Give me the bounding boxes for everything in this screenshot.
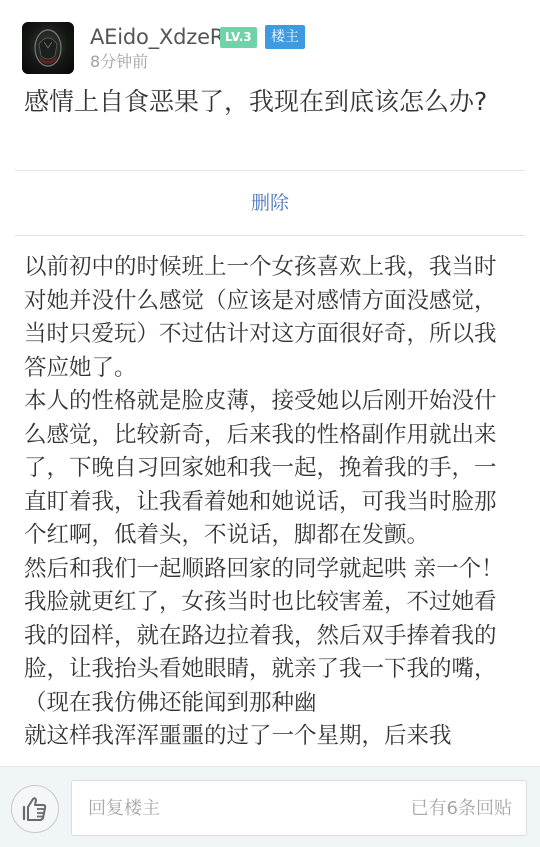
post-paragraph: 本人的性格就是脸皮薄，接受她以后刚开始没什么感觉，比较新奇，后来我的性格副作用就… <box>24 385 516 553</box>
reply-bar: 回复楼主 已有6条回贴 <box>0 766 540 847</box>
post-paragraph: 然后和我们一起顺路回家的同学就起哄 亲一个！我脸就更红了，女孩当时也比较害羞，不… <box>24 553 516 721</box>
divider <box>15 235 525 236</box>
thumbs-up-icon <box>20 794 50 824</box>
author-username[interactable]: AEido_XdzeR <box>90 24 224 50</box>
reply-count: 已有6条回贴 <box>411 781 512 837</box>
reply-placeholder: 回复楼主 <box>88 781 160 837</box>
level-badge: LV.3 <box>220 27 257 48</box>
alien-helmet-avatar-icon <box>22 22 74 74</box>
like-button[interactable] <box>11 785 59 833</box>
delete-button[interactable]: 删除 <box>0 171 540 235</box>
host-badge: 楼主 <box>265 25 305 49</box>
post-header: AEido_XdzeR LV.3 楼主 8分钟前 <box>0 0 540 80</box>
post-body: 以前初中的时候班上一个女孩喜欢上我，我当时对她并没什么感觉（应该是对感情方面没感… <box>24 251 516 754</box>
reply-input[interactable]: 回复楼主 已有6条回贴 <box>71 780 527 836</box>
post-paragraph: 就这样我浑浑噩噩的过了一个星期，后来我 <box>24 720 516 754</box>
post-title: 感情上自食恶果了，我现在到底该怎么办? <box>24 86 494 118</box>
post-paragraph: 以前初中的时候班上一个女孩喜欢上我，我当时对她并没什么感觉（应该是对感情方面没感… <box>24 251 516 385</box>
avatar[interactable] <box>22 22 74 74</box>
post-timestamp: 8分钟前 <box>90 52 148 72</box>
